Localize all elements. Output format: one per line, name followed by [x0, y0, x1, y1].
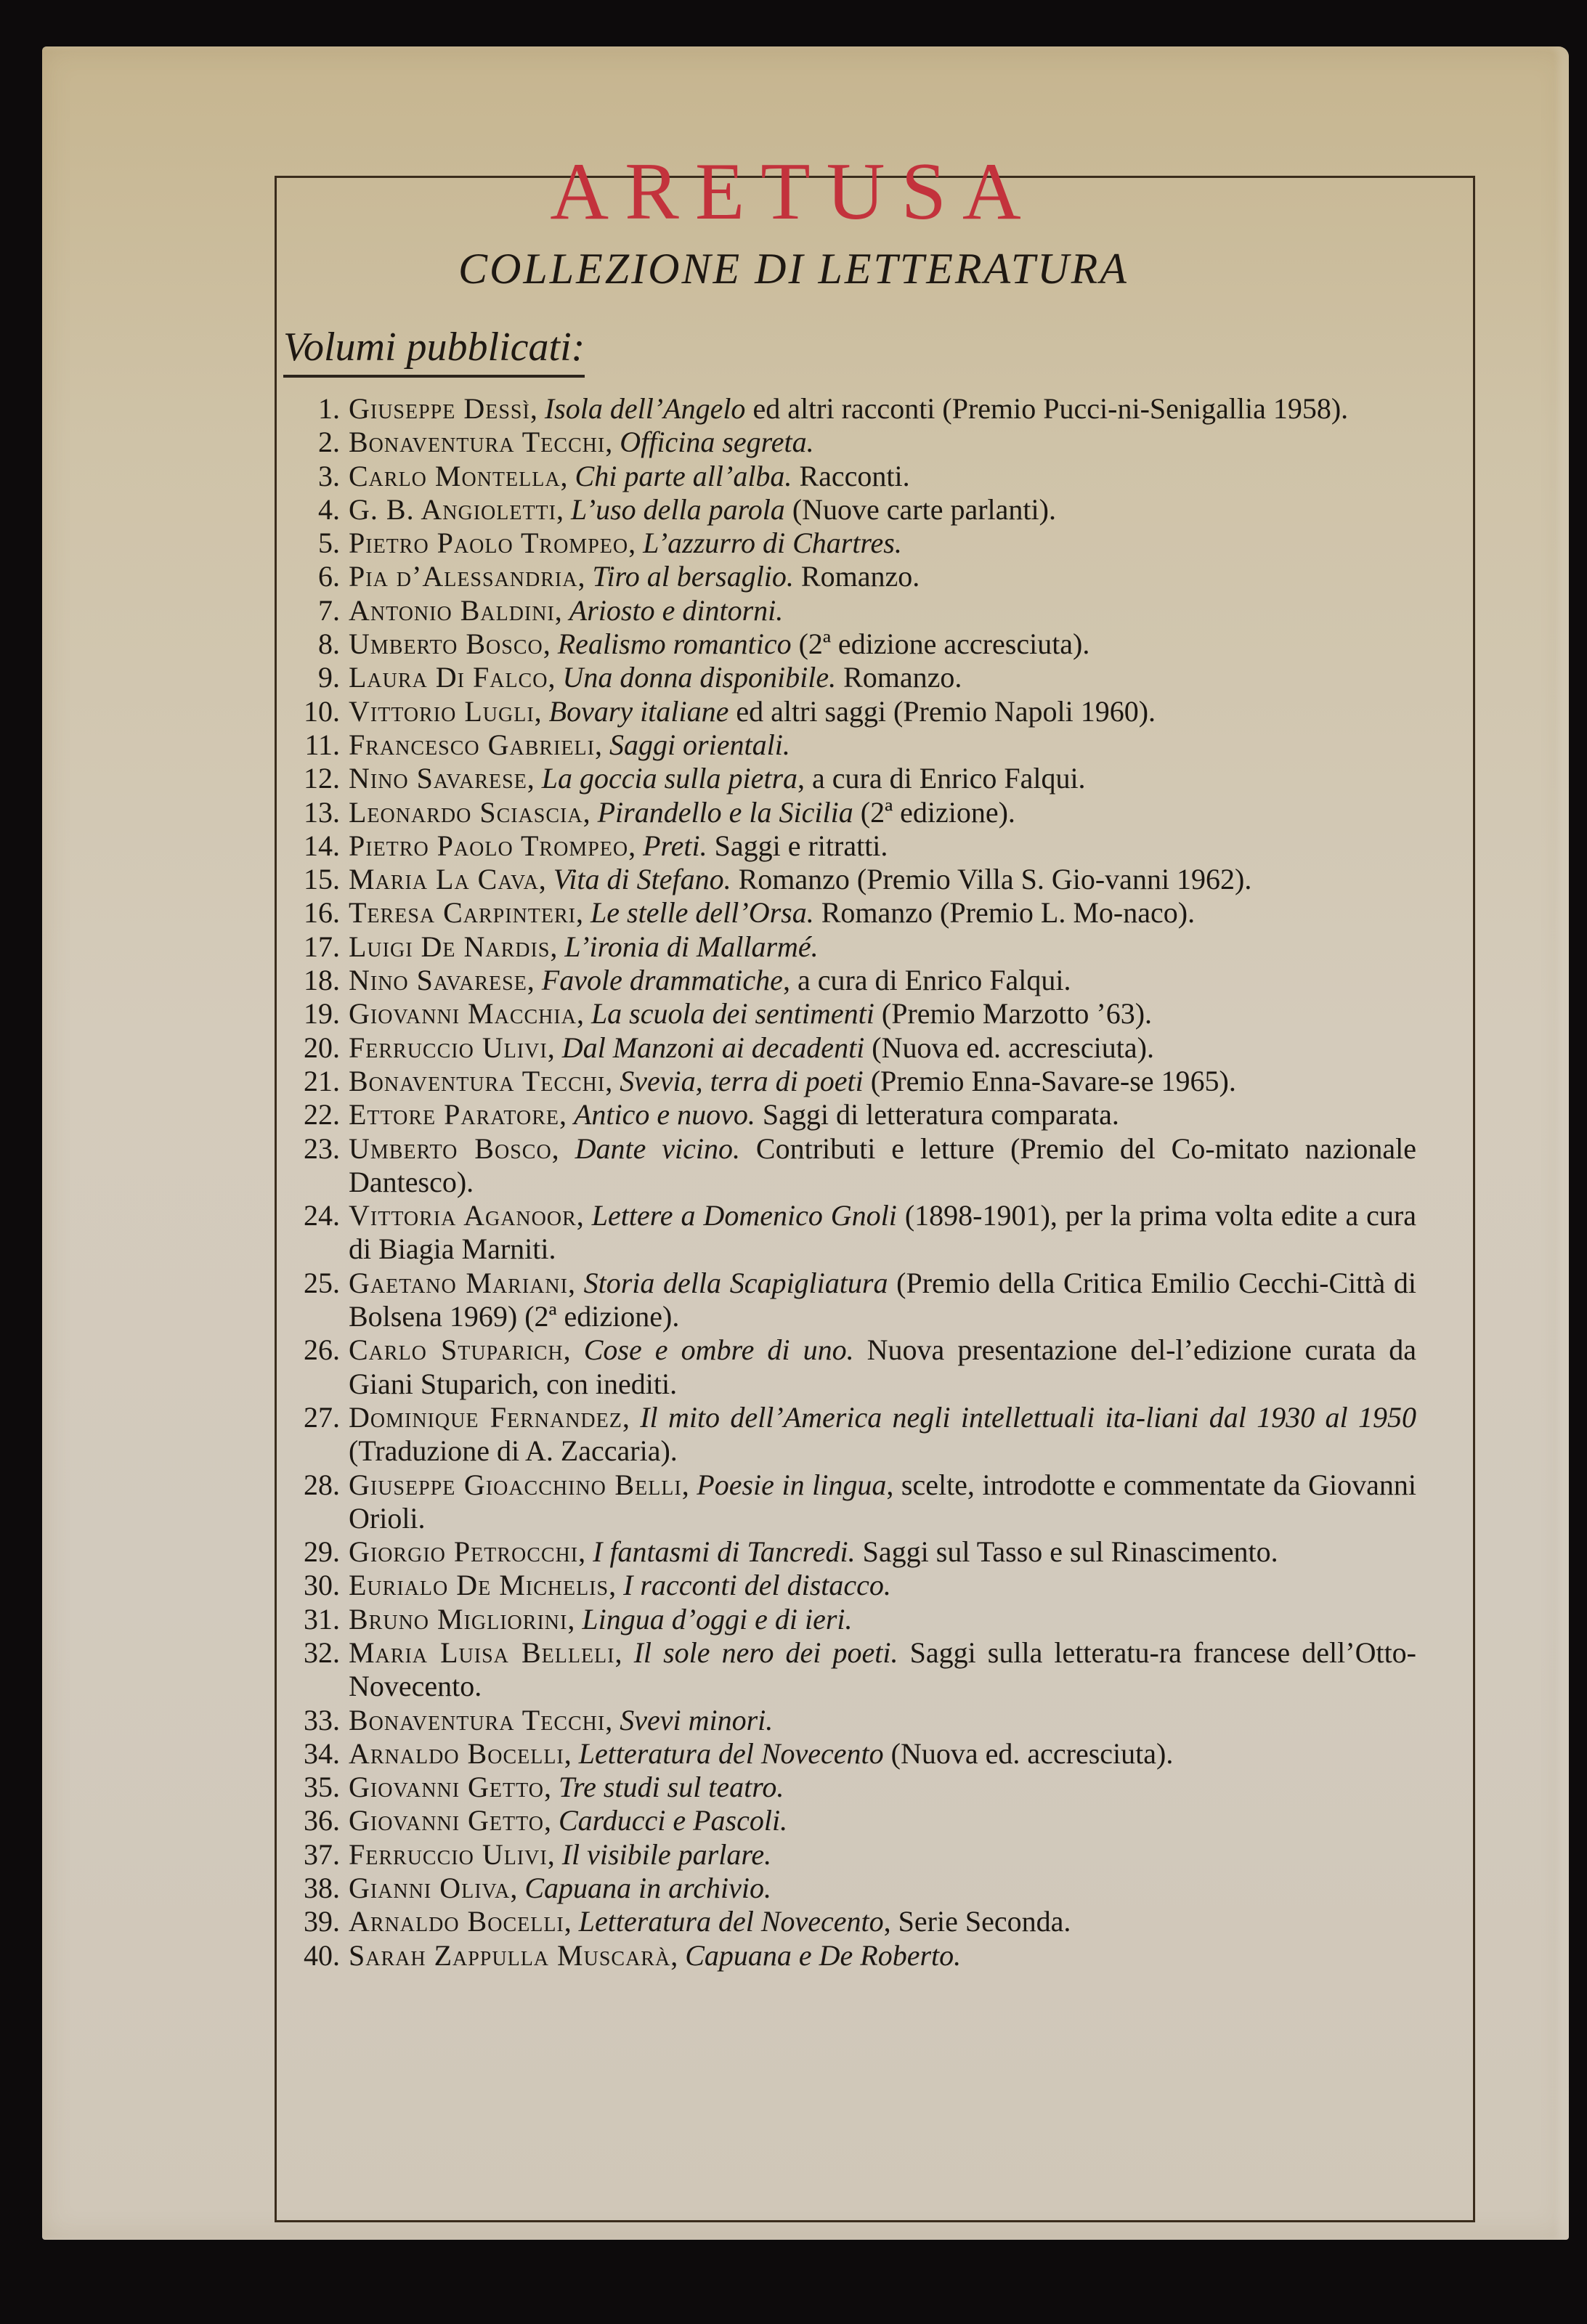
volume-note: ed altri saggi (Premio Napoli 1960).	[728, 695, 1156, 728]
list-item: 31.Bruno Migliorini, Lingua d’oggi e di …	[283, 1603, 1416, 1636]
volume-title: Officina segreta.	[620, 426, 813, 458]
volume-title: Bovary italiane	[549, 695, 729, 728]
list-item: 15.Maria La Cava, Vita di Stefano. Roman…	[283, 863, 1416, 896]
volume-author: Giovanni Getto	[349, 1804, 544, 1837]
volume-author: Antonio Baldini	[349, 594, 555, 627]
volume-note: (Premio Marzotto ’63).	[874, 997, 1152, 1030]
list-item: 5.Pietro Paolo Trompeo, L’azzurro di Cha…	[283, 527, 1416, 560]
list-item: 39.Arnaldo Bocelli, Letteratura del Nove…	[283, 1905, 1416, 1938]
separator: ,	[548, 661, 562, 694]
separator: ,	[555, 594, 569, 627]
volume-title: Capuana e De Roberto.	[685, 1939, 961, 1972]
volume-title: L’uso della parola	[571, 493, 785, 526]
volume-number: 9.	[283, 661, 340, 694]
volume-number: 15.	[283, 863, 340, 896]
volume-author: Teresa Carpinteri	[349, 896, 576, 929]
volume-number: 33.	[283, 1704, 340, 1737]
volume-title: L’ironia di Mallarmé.	[564, 930, 818, 963]
list-item: 2.Bonaventura Tecchi, Officina segreta.	[283, 426, 1416, 459]
volume-number: 11.	[283, 728, 340, 762]
volume-author: Pia d’Alessandria	[349, 560, 577, 593]
volume-author: G. B. Angioletti	[349, 493, 556, 526]
volume-number: 1.	[283, 392, 340, 426]
volume-author: Giuseppe Gioacchino Belli	[349, 1468, 682, 1501]
separator: ,	[622, 1401, 640, 1434]
separator: ,	[535, 695, 549, 728]
volume-author: Vittoria Aganoor	[349, 1199, 577, 1232]
volume-title: Dante vicino.	[575, 1132, 740, 1165]
volume-number: 30.	[283, 1569, 340, 1602]
volume-author: Umberto Bosco	[349, 627, 543, 660]
list-item: 38.Gianni Oliva, Capuana in archivio.	[283, 1872, 1416, 1905]
volume-title: Favole drammatiche	[542, 964, 783, 996]
list-item: 27.Dominique Fernandez, Il mito dell’Ame…	[283, 1401, 1416, 1468]
volume-number: 37.	[283, 1838, 340, 1872]
separator: ,	[614, 1636, 633, 1669]
volume-title: Ariosto e dintorni.	[569, 594, 783, 627]
volume-note: (Premio Enna-Savare-se 1965).	[864, 1065, 1236, 1097]
list-item: 21.Bonaventura Tecchi, Svevia, terra di …	[283, 1065, 1416, 1098]
volume-author: Bonaventura Tecchi	[349, 1065, 605, 1097]
list-item: 18.Nino Savarese, Favole drammatiche, a …	[283, 964, 1416, 997]
volume-author: Nino Savarese	[349, 762, 527, 795]
list-item: 30.Eurialo De Michelis, I racconti del d…	[283, 1569, 1416, 1602]
volume-author: Arnaldo Bocelli	[349, 1905, 564, 1938]
volume-title: I racconti del distacco.	[623, 1569, 891, 1601]
volume-author: Leonardo Sciascia	[349, 796, 583, 829]
volume-title: Realismo romantico	[558, 627, 792, 660]
volume-author: Maria La Cava	[349, 863, 539, 895]
volume-title: Il visibile parlare.	[562, 1838, 771, 1871]
series-subtitle: COLLEZIONE DI LETTERATURA	[0, 247, 1587, 290]
separator: ,	[628, 829, 643, 862]
volume-note: Saggi sul Tasso e sul Rinascimento.	[856, 1535, 1278, 1568]
volume-number: 2.	[283, 426, 340, 459]
separator: ,	[576, 896, 590, 929]
volume-title: Il sole nero dei poeti.	[634, 1636, 898, 1669]
volume-title: Poesie in lingua	[697, 1468, 886, 1501]
volume-title: Svevi minori.	[620, 1704, 773, 1736]
volume-title: Preti.	[643, 829, 707, 862]
volume-number: 23.	[283, 1132, 340, 1166]
volume-note: Romanzo (Premio Villa S. Gio-vanni 1962)…	[731, 863, 1252, 895]
volume-author: Laura Di Falco	[349, 661, 548, 694]
list-item: 24.Vittoria Aganoor, Lettere a Domenico …	[283, 1199, 1416, 1267]
separator: ,	[564, 1333, 584, 1366]
volume-title: Tiro al bersaglio.	[592, 560, 793, 593]
separator: ,	[510, 1872, 524, 1904]
list-item: 28.Giuseppe Gioacchino Belli, Poesie in …	[283, 1468, 1416, 1536]
separator: ,	[543, 627, 558, 660]
volume-author: Dominique Fernandez	[349, 1401, 622, 1434]
separator: ,	[605, 1065, 620, 1097]
volume-number: 32.	[283, 1636, 340, 1670]
volume-author: Maria Luisa Belleli	[349, 1636, 614, 1669]
list-item: 9.Laura Di Falco, Una donna disponibile.…	[283, 661, 1416, 694]
separator: ,	[544, 1771, 559, 1803]
volume-author: Giovanni Macchia	[349, 997, 577, 1030]
volume-note: , Serie Seconda.	[884, 1905, 1071, 1938]
list-item: 16.Teresa Carpinteri, Le stelle dell’Ors…	[283, 896, 1416, 930]
separator: ,	[568, 1267, 584, 1299]
separator: ,	[539, 863, 553, 895]
separator: ,	[530, 392, 545, 425]
separator: ,	[628, 527, 643, 559]
volume-number: 24.	[283, 1199, 340, 1232]
volume-note: , a cura di Enrico Falqui.	[783, 964, 1071, 996]
volume-author: Arnaldo Bocelli	[349, 1737, 564, 1770]
volume-number: 21.	[283, 1065, 340, 1098]
volume-title: Il mito dell’America negli intellettuali…	[640, 1401, 1416, 1434]
volume-title: L’azzurro di Chartres.	[643, 527, 902, 559]
list-item: 37.Ferruccio Ulivi, Il visibile parlare.	[283, 1838, 1416, 1872]
volume-number: 40.	[283, 1939, 340, 1972]
volume-author: Carlo Stuparich	[349, 1333, 564, 1366]
volume-note: (Nuove carte parlanti).	[785, 493, 1056, 526]
volume-author: Pietro Paolo Trompeo	[349, 829, 628, 862]
separator: ,	[605, 426, 620, 458]
separator: ,	[527, 762, 542, 795]
list-item: 1.Giuseppe Dessì, Isola dell’Angelo ed a…	[283, 392, 1416, 426]
list-item: 3.Carlo Montella, Chi parte all’alba. Ra…	[283, 460, 1416, 493]
volume-note: (2ª edizione).	[853, 796, 1015, 829]
separator: ,	[527, 964, 542, 996]
volume-note: (Nuova ed. accresciuta).	[884, 1737, 1174, 1770]
volume-author: Luigi De Nardis	[349, 930, 550, 963]
list-item: 35.Giovanni Getto, Tre studi sul teatro.	[283, 1771, 1416, 1804]
list-item: 6.Pia d’Alessandria, Tiro al bersaglio. …	[283, 560, 1416, 593]
list-item: 22.Ettore Paratore, Antico e nuovo. Sagg…	[283, 1098, 1416, 1131]
volume-note: (Traduzione di A. Zaccaria).	[349, 1434, 678, 1467]
volume-number: 14.	[283, 829, 340, 863]
list-item: 17.Luigi De Nardis, L’ironia di Mallarmé…	[283, 930, 1416, 964]
volume-title: Isola dell’Angelo	[545, 392, 746, 425]
volume-title: Letteratura del Novecento	[579, 1905, 884, 1938]
volume-number: 38.	[283, 1872, 340, 1905]
separator: ,	[577, 1199, 592, 1232]
volume-number: 19.	[283, 997, 340, 1031]
volume-title: La goccia sulla pietra	[542, 762, 797, 795]
volume-author: Sarah Zappulla Muscarà	[349, 1939, 670, 1972]
list-item: 25.Gaetano Mariani, Storia della Scapigl…	[283, 1267, 1416, 1334]
volume-number: 26.	[283, 1333, 340, 1367]
volume-title: Dal Manzoni ai decadenti	[562, 1031, 865, 1064]
volume-author: Giuseppe Dessì	[349, 392, 530, 425]
separator: ,	[670, 1939, 685, 1972]
list-heading: Volumi pubblicati:	[283, 327, 585, 378]
volume-author: Ferruccio Ulivi	[349, 1838, 548, 1871]
list-item: 11.Francesco Gabrieli, Saggi orientali.	[283, 728, 1416, 762]
separator: ,	[561, 460, 575, 492]
volume-author: Francesco Gabrieli	[349, 728, 595, 761]
volume-author: Eurialo De Michelis	[349, 1569, 609, 1601]
volume-title: Lingua d’oggi e di ieri.	[582, 1603, 852, 1636]
volume-note: (2ª edizione accresciuta).	[792, 627, 1090, 660]
separator: ,	[595, 728, 609, 761]
volume-title: Chi parte all’alba.	[575, 460, 792, 492]
list-item: 36.Giovanni Getto, Carducci e Pascoli.	[283, 1804, 1416, 1837]
separator: ,	[578, 1535, 593, 1568]
volume-author: Bonaventura Tecchi	[349, 1704, 605, 1736]
volume-title: Vita di Stefano.	[553, 863, 731, 895]
list-item: 14.Pietro Paolo Trompeo, Preti. Saggi e …	[283, 829, 1416, 863]
volume-number: 39.	[283, 1905, 340, 1938]
volume-number: 36.	[283, 1804, 340, 1837]
volume-author: Umberto Bosco	[349, 1132, 552, 1165]
volume-number: 28.	[283, 1468, 340, 1502]
volume-title: Lettere a Domenico Gnoli	[592, 1199, 897, 1232]
list-item: 32.Maria Luisa Belleli, Il sole nero dei…	[283, 1636, 1416, 1704]
volume-note: Romanzo.	[794, 560, 920, 593]
volume-author: Giorgio Petrocchi	[349, 1535, 578, 1568]
volume-title: Saggi orientali.	[609, 728, 790, 761]
series-title: ARETUSA	[0, 151, 1587, 232]
list-item: 13.Leonardo Sciascia, Pirandello e la Si…	[283, 796, 1416, 829]
volume-title: I fantasmi di Tancredi.	[593, 1535, 856, 1568]
volume-note: Romanzo.	[836, 661, 962, 694]
volume-author: Bruno Migliorini	[349, 1603, 567, 1636]
list-item: 4.G. B. Angioletti, L’uso della parola (…	[283, 493, 1416, 527]
volume-number: 3.	[283, 460, 340, 493]
volume-author: Ferruccio Ulivi	[349, 1031, 548, 1064]
volume-number: 18.	[283, 964, 340, 997]
list-item: 33.Bonaventura Tecchi, Svevi minori.	[283, 1704, 1416, 1737]
volume-note: Romanzo (Premio L. Mo-naco).	[814, 896, 1195, 929]
separator: ,	[552, 1132, 575, 1165]
volume-title: Capuana in archivio.	[524, 1872, 771, 1904]
volume-note: Racconti.	[792, 460, 909, 492]
volume-author: Giovanni Getto	[349, 1771, 544, 1803]
list-item: 20.Ferruccio Ulivi, Dal Manzoni ai decad…	[283, 1031, 1416, 1065]
separator: ,	[577, 997, 591, 1030]
separator: ,	[548, 1838, 562, 1871]
volume-number: 20.	[283, 1031, 340, 1065]
volume-number: 4.	[283, 493, 340, 527]
volume-number: 22.	[283, 1098, 340, 1131]
volume-author: Carlo Montella	[349, 460, 561, 492]
list-item: 23.Umberto Bosco, Dante vicino. Contribu…	[283, 1132, 1416, 1200]
volume-number: 29.	[283, 1535, 340, 1569]
separator: ,	[567, 1603, 582, 1636]
volume-title: Cose e ombre di uno.	[584, 1333, 854, 1366]
volume-number: 34.	[283, 1737, 340, 1771]
separator: ,	[556, 493, 571, 526]
volume-title: Antico e nuovo.	[574, 1098, 755, 1131]
separator: ,	[577, 560, 592, 593]
volume-note: ed altri racconti (Premio Pucci-ni-Senig…	[745, 392, 1348, 425]
volume-author: Vittorio Lugli	[349, 695, 535, 728]
separator: ,	[583, 796, 598, 829]
volume-title: La scuola dei sentimenti	[591, 997, 874, 1030]
separator: ,	[544, 1804, 559, 1837]
volume-number: 35.	[283, 1771, 340, 1804]
volume-number: 8.	[283, 627, 340, 661]
list-item: 19.Giovanni Macchia, La scuola dei senti…	[283, 997, 1416, 1031]
volume-title: Tre studi sul teatro.	[559, 1771, 784, 1803]
volume-number: 5.	[283, 527, 340, 560]
volume-title: Le stelle dell’Orsa.	[590, 896, 814, 929]
list-item: 26.Carlo Stuparich, Cose e ombre di uno.…	[283, 1333, 1416, 1401]
separator: ,	[559, 1098, 574, 1131]
volume-number: 25.	[283, 1267, 340, 1300]
volume-title: Carducci e Pascoli.	[559, 1804, 787, 1837]
volume-author: Nino Savarese	[349, 964, 527, 996]
list-item: 10.Vittorio Lugli, Bovary italiane ed al…	[283, 695, 1416, 728]
volume-author: Bonaventura Tecchi	[349, 426, 605, 458]
list-item: 34.Arnaldo Bocelli, Letteratura del Nove…	[283, 1737, 1416, 1771]
volume-author: Gaetano Mariani	[349, 1267, 568, 1299]
volume-author: Pietro Paolo Trompeo	[349, 527, 628, 559]
separator: ,	[564, 1737, 579, 1770]
volume-title: Pirandello e la Sicilia	[598, 796, 853, 829]
list-item: 7.Antonio Baldini, Ariosto e dintorni.	[283, 594, 1416, 627]
volume-number: 27.	[283, 1401, 340, 1434]
volume-title: Letteratura del Novecento	[579, 1737, 884, 1770]
volumes-list: 1.Giuseppe Dessì, Isola dell’Angelo ed a…	[283, 392, 1416, 1972]
volume-author: Ettore Paratore	[349, 1098, 559, 1131]
volume-title: Una donna disponibile.	[562, 661, 836, 694]
separator: ,	[548, 1031, 562, 1064]
volume-note: , a cura di Enrico Falqui.	[797, 762, 1086, 795]
separator: ,	[550, 930, 564, 963]
separator: ,	[605, 1704, 620, 1736]
volume-author: Gianni Oliva	[349, 1872, 510, 1904]
volume-number: 10.	[283, 695, 340, 728]
separator: ,	[564, 1905, 579, 1938]
volume-number: 7.	[283, 594, 340, 627]
volume-number: 17.	[283, 930, 340, 964]
list-item: 12.Nino Savarese, La goccia sulla pietra…	[283, 762, 1416, 795]
list-item: 8.Umberto Bosco, Realismo romantico (2ª …	[283, 627, 1416, 661]
volume-title: Svevia, terra di poeti	[620, 1065, 863, 1097]
volume-note: Saggi di letteratura comparata.	[755, 1098, 1119, 1131]
separator: ,	[682, 1468, 697, 1501]
volume-note: (Nuova ed. accresciuta).	[864, 1031, 1154, 1064]
volume-number: 12.	[283, 762, 340, 795]
volume-number: 16.	[283, 896, 340, 930]
volume-number: 13.	[283, 796, 340, 829]
separator: ,	[609, 1569, 623, 1601]
volume-note: Saggi e ritratti.	[707, 829, 888, 862]
list-item: 40.Sarah Zappulla Muscarà, Capuana e De …	[283, 1939, 1416, 1972]
volume-number: 6.	[283, 560, 340, 593]
volume-number: 31.	[283, 1603, 340, 1636]
list-item: 29.Giorgio Petrocchi, I fantasmi di Tanc…	[283, 1535, 1416, 1569]
volume-title: Storia della Scapigliatura	[584, 1267, 888, 1299]
